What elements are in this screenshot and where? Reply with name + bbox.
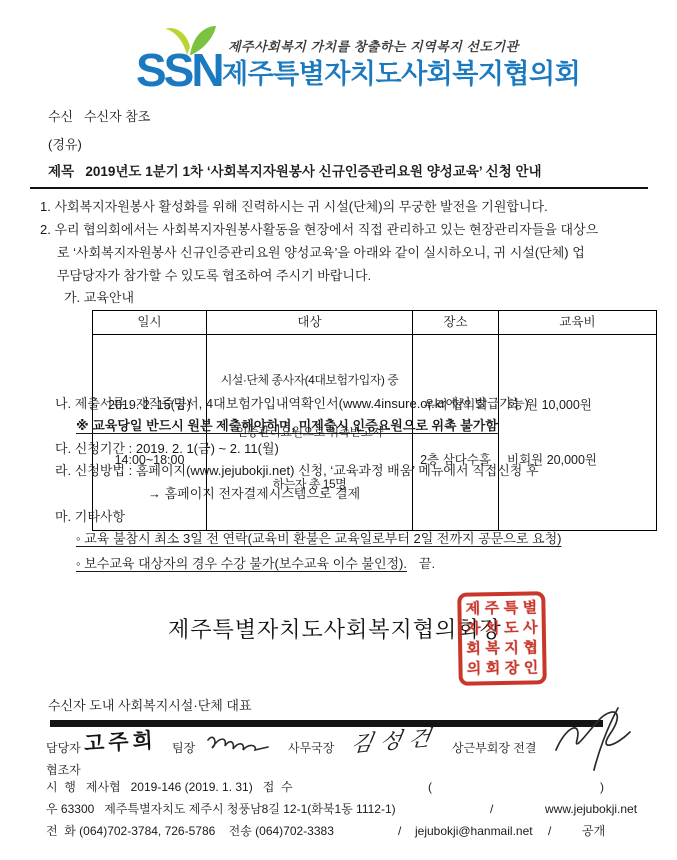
recipient-line: 수신 수신자 참조 [48,109,150,125]
via-line: (경유) [48,137,82,153]
body-paragraph-2-line3: 무담당자가 참가할 수 있도록 협조하여 주시기 바랍니다. [57,268,371,284]
item-ra-method-cont: → 홈페이지 전자결제시스템으로 결제 [148,486,360,502]
cell-fee: 회 원 10,000원 비회원 20,000원 [499,335,657,531]
item-na-documents: 나. 제출서류 : 재직증명서, 4대보험가입내역확인서(www.4insure… [55,396,529,412]
drafter-label: 담당자 [46,741,81,756]
footer-recipient-line: 수신자 도내 사회복지시설·단체 대표 [48,698,252,714]
body-paragraph-1: 1. 사회복지자원봉사 활성화를 위해 진력하시는 귀 시설(단체)의 무궁한 … [40,199,548,215]
team-leader-signature-scribble [202,730,274,756]
drafter-signature: 고주희 [83,728,157,758]
official-document-page: SSN 제주사회복지 가치를 창출하는 지역복지 선도기관 제주특별자치도사회복… [0,0,677,860]
website-text: www.jejubokji.net [545,802,637,817]
footer-divider-bar [50,720,603,727]
fee-member: 회 원 10,000원 [507,396,655,414]
address-line: 우 63300 제주특별자치도 제주시 청풍남8길 12-1(화북1동 1112… [46,802,396,817]
item-ma-bullet2: ◦ 보수교육 대상자의 경우 수강 불가(보수교육 이수 불인정).끝. [76,556,435,572]
org-slogan: 제주사회복지 가치를 창출하는 지역복지 선도기관 [228,39,519,55]
official-seal-stamp: 제주특별 자치도사 회복지협 의회장인 [457,591,547,686]
item-ra-method: 라. 신청방법 : 홈페이지(www.jejubokji.net) 신청, ‘교… [55,463,539,479]
email-text: jejubokji@hanmail.net [415,824,533,839]
secretary-general-label: 사무국장 [288,741,334,756]
contact-slash-2: / [548,824,551,839]
receipt-paren-close: ) [600,780,604,795]
subject-line: 제목 2019년도 1분기 1차 ‘사회복지자원봉사 신규인증관리요원 양성교육… [48,164,542,181]
team-leader-label: 팀장 [172,741,195,756]
col-header-target: 대상 [207,311,413,335]
secretary-general-signature: 김성건 [349,723,440,758]
col-header-place: 장소 [413,311,499,335]
item-ma-bullet2-underlined: ◦ 보수교육 대상자의 경우 수강 불가(보수교육 이수 불인정). [76,556,407,571]
phone-fax-line: 전 화 (064)702-3784, 726-5786 전송 (064)702-… [46,824,334,839]
item-da-period: 다. 신청기간 : 2019. 2. 1(금) ~ 2. 11(월) [55,441,279,457]
address-slash: / [490,802,493,817]
body-paragraph-2-line2: 로 ‘사회복지자원봉사 신규인증관리요원 양성교육’을 아래와 같이 실시하오니… [57,245,585,261]
col-header-fee: 교육비 [499,311,657,335]
signer-title: 제주특별자치도사회복지협의회장 [168,616,502,644]
cooperator-label: 협조자 [46,763,81,778]
item-ma-etc: 마. 기타사항 [55,509,125,525]
org-logo-name: 제주특별자치도사회복지협의회 [222,58,580,92]
body-paragraph-2-line1: 2. 우리 협의회에서는 사회복지자원봉사활동을 현장에서 직접 관리하고 있는… [40,222,598,238]
disclosure-label: 공개 [582,824,605,839]
subject-divider [30,187,648,189]
target-line1: 시설·단체 종사자(4대보험가입자) 중 [208,372,411,389]
item-na-note: ※ 교육당일 반드시 원본 제출해야하며, 미제출시 인증요원으로 위촉 불가함 [76,418,498,434]
item-ga-education-info: 가. 교육안내 [64,290,134,306]
item-ma-bullet1: ◦ 교육 불참시 최소 3일 전 연락(교육비 환불은 교육일로부터 2일 전까… [76,531,561,547]
contact-slash-1: / [398,824,401,839]
document-end-mark: 끝. [419,556,435,571]
vice-chair-signature-scribble [548,702,640,774]
doc-number-line: 시 행 제사협 2019-146 (2019. 1. 31) 접 수 [46,780,293,795]
vice-chair-label: 상근부회장 전결 [452,741,536,756]
receipt-paren-open: ( [428,780,432,795]
table-header-row: 일시 대상 장소 교육비 [93,311,657,335]
leaf-icon [163,25,217,55]
col-header-datetime: 일시 [93,311,207,335]
